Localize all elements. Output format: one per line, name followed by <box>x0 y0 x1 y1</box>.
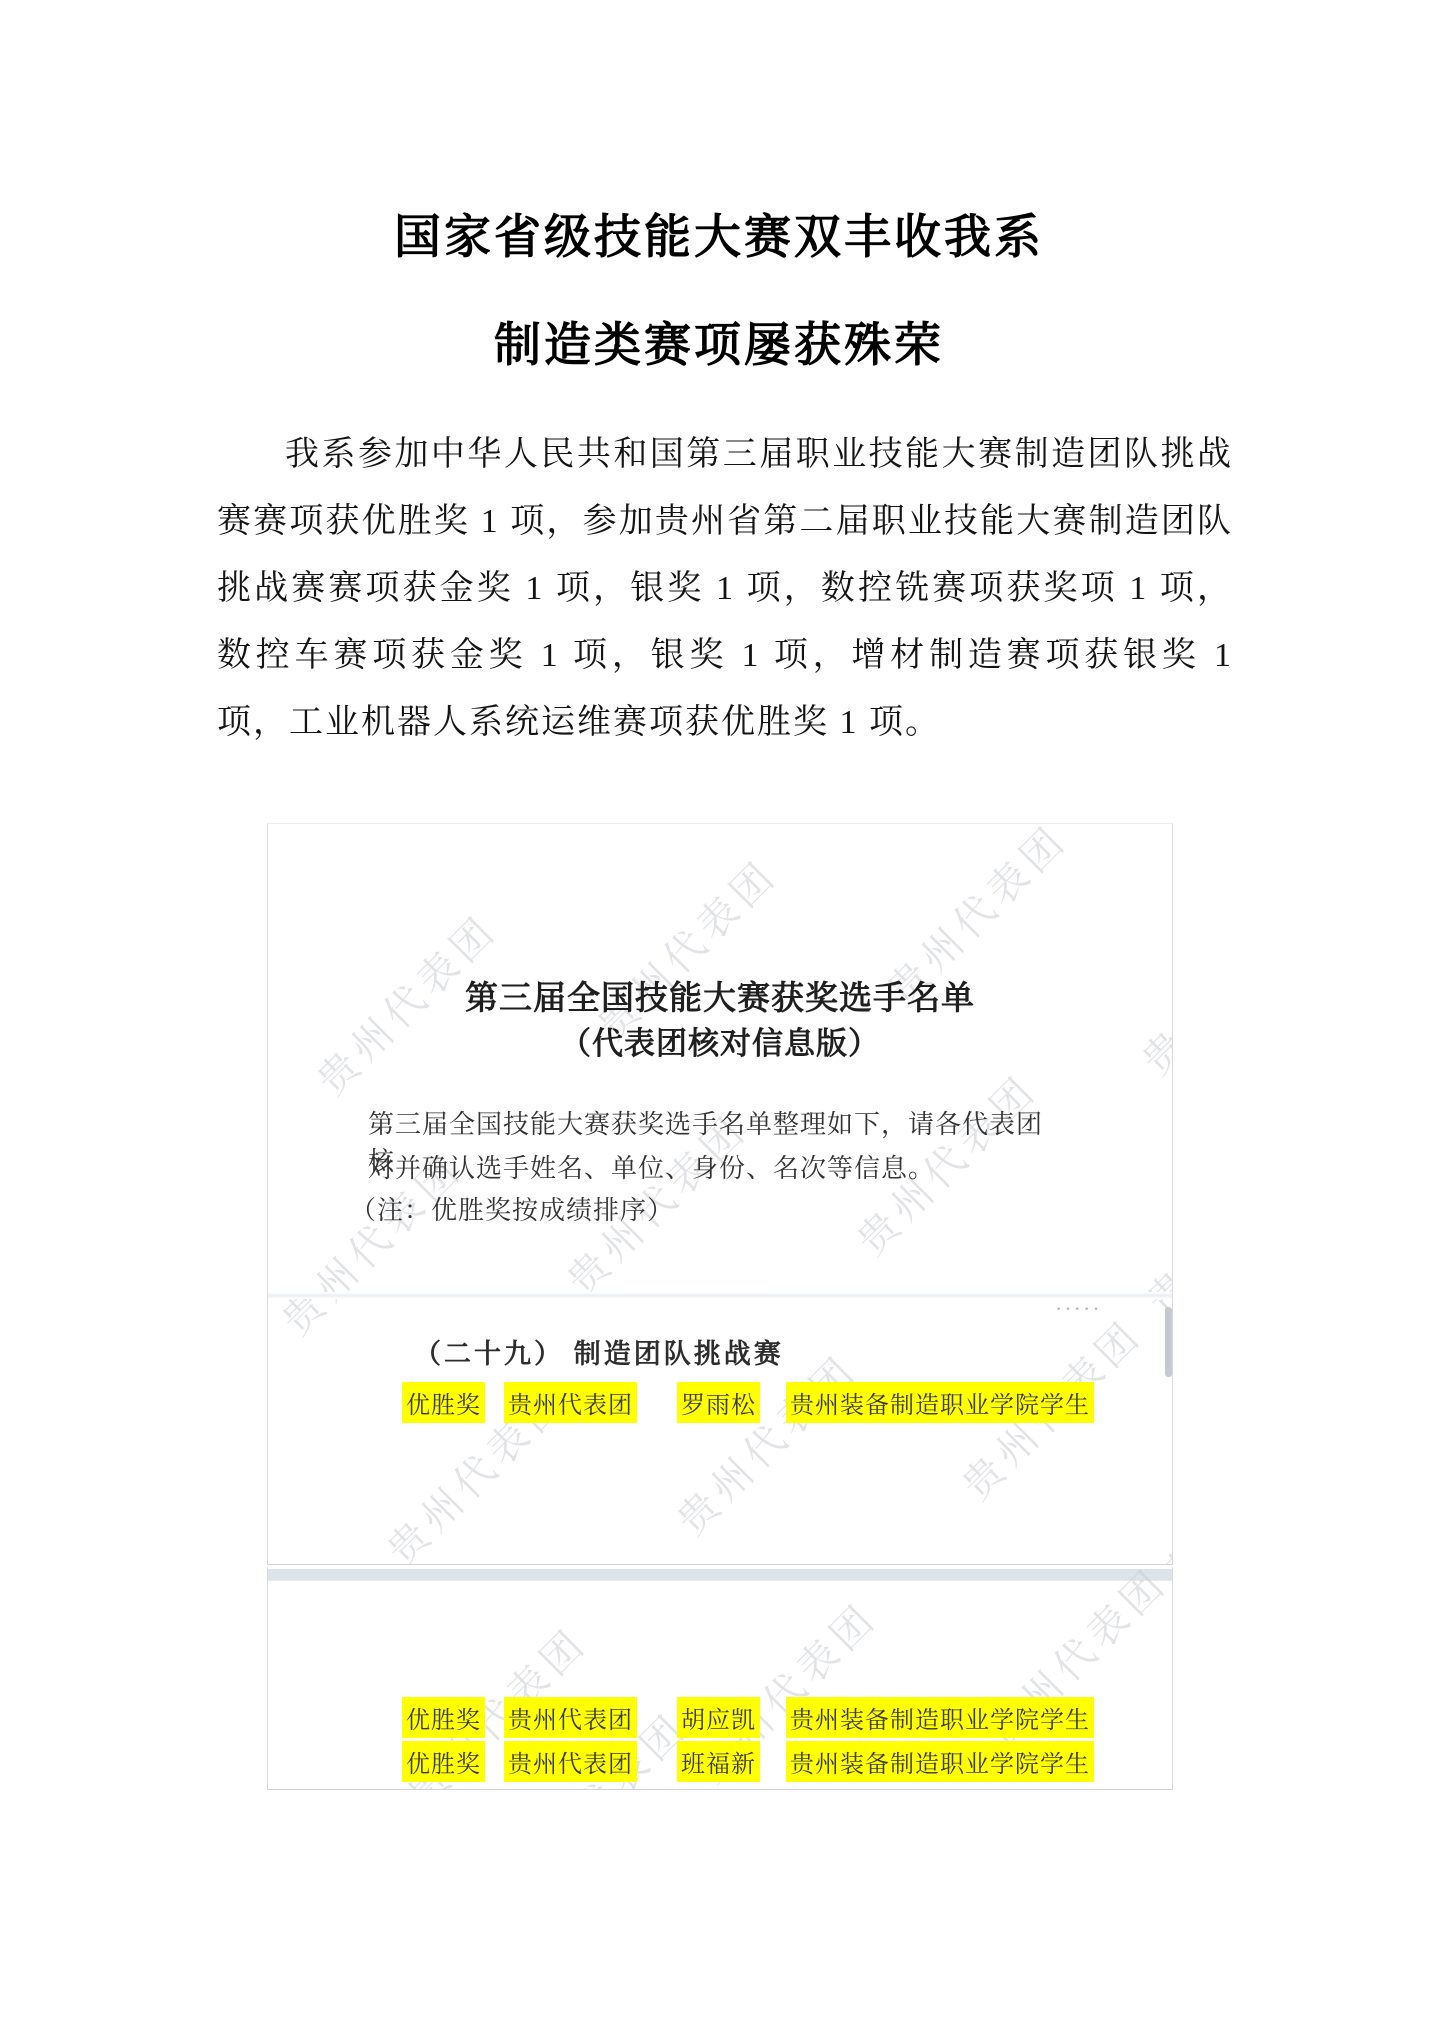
award-cell: 优胜奖 <box>402 1382 485 1423</box>
affiliation-cell: 贵州装备制造职业学院学生 <box>786 1382 1094 1423</box>
roster-intro-line-2: 对并确认选手姓名、单位、身份、名次等信息。 <box>368 1148 1058 1185</box>
delegation-cell: 贵州代表团 <box>504 1741 637 1782</box>
name-cell: 罗雨松 <box>677 1382 760 1423</box>
delegation-cell: 贵州代表团 <box>504 1697 637 1738</box>
embedded-screenshot-roster-2: 贵州代表团贵州代表团贵州代表团贵州代表团贵州代表团 优胜奖 贵州代表团 胡应凯 … <box>267 1567 1173 1790</box>
winner-row: 优胜奖 贵州代表团 胡应凯 贵州装备制造职业学院学生 <box>402 1697 1094 1738</box>
separator-band <box>268 1569 1172 1581</box>
roster-subtitle: （代表团核对信息版） <box>268 1018 1172 1063</box>
winner-row: 优胜奖 贵州代表团 班福新 贵州装备制造职业学院学生 <box>402 1741 1094 1782</box>
affiliation-cell: 贵州装备制造职业学院学生 <box>786 1697 1094 1738</box>
affiliation-cell: 贵州装备制造职业学院学生 <box>786 1741 1094 1782</box>
body-paragraph: 我系参加中华人民共和国第三届职业技能大赛制造团队挑战赛赛项获优胜奖 1 项，参加… <box>217 421 1233 756</box>
embedded-screenshot-roster-1: 贵州代表团贵州代表团贵州代表团贵州代表团贵州代表团贵州代表团贵州代表团贵州代表团… <box>267 823 1173 1565</box>
screenshot-stitch-divider <box>268 1292 1172 1299</box>
page-title-line-1: 国家省级技能大赛双丰收我系 <box>0 200 1438 267</box>
watermark-text: 贵州代表团 <box>1147 1642 1173 1790</box>
cropped-text-fragment: ····· <box>1056 1301 1103 1319</box>
section-heading: （二十九） 制造团队挑战赛 <box>414 1332 784 1371</box>
document-page: 国家省级技能大赛双丰收我系 制造类赛项屡获殊荣 我系参加中华人民共和国第三届职业… <box>0 0 1438 2035</box>
scrollbar-thumb-icon <box>1165 1307 1172 1377</box>
page-title-line-2: 制造类赛项屡获殊荣 <box>0 308 1438 375</box>
delegation-cell: 贵州代表团 <box>504 1382 637 1423</box>
winner-row: 优胜奖 贵州代表团 罗雨松 贵州装备制造职业学院学生 <box>402 1382 1094 1423</box>
name-cell: 班福新 <box>677 1741 760 1782</box>
watermark-text: 贵州代表团 <box>1147 1394 1173 1565</box>
roster-note: （注：优胜奖按成绩排序） <box>350 1190 674 1227</box>
award-cell: 优胜奖 <box>402 1741 485 1782</box>
award-cell: 优胜奖 <box>402 1697 485 1738</box>
roster-title: 第三届全国技能大赛获奖选手名单 <box>268 972 1172 1019</box>
name-cell: 胡应凯 <box>677 1697 760 1738</box>
